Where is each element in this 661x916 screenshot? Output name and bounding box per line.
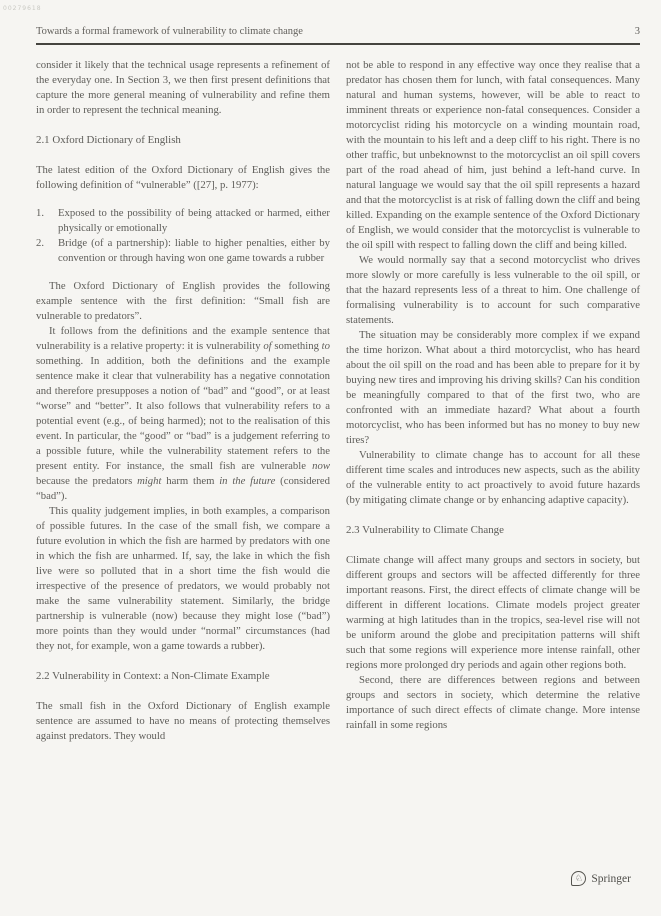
list-item-text: Bridge (of a partnership): liable to hig… bbox=[58, 236, 330, 266]
definition-list: 1. Exposed to the possibility of being a… bbox=[36, 206, 330, 266]
paragraph: consider it likely that the technical us… bbox=[36, 58, 330, 118]
paragraph: Climate change will affect many groups a… bbox=[346, 553, 640, 673]
paragraph: The small fish in the Oxford Dictionary … bbox=[36, 699, 330, 744]
list-item: 1. Exposed to the possibility of being a… bbox=[36, 206, 330, 236]
list-item-number: 2. bbox=[36, 236, 58, 266]
section-heading-2-3: 2.3 Vulnerability to Climate Change bbox=[346, 523, 640, 538]
paragraph: It follows from the definitions and the … bbox=[36, 324, 330, 504]
section-heading-2-2: 2.2 Vulnerability in Context: a Non-Clim… bbox=[36, 669, 330, 684]
right-column: not be able to respond in any effective … bbox=[346, 58, 640, 744]
section-heading-2-1: 2.1 Oxford Dictionary of English bbox=[36, 133, 330, 148]
paragraph: The latest edition of the Oxford Diction… bbox=[36, 163, 330, 193]
paragraph: This quality judgement implies, in both … bbox=[36, 504, 330, 654]
list-item-number: 1. bbox=[36, 206, 58, 236]
scan-corner-id: 00279618 bbox=[3, 5, 42, 12]
publisher-name: Springer bbox=[591, 873, 631, 885]
publisher-footer: ♘ Springer bbox=[571, 871, 631, 886]
page-number: 3 bbox=[635, 26, 640, 37]
paragraph: The Oxford Dictionary of English provide… bbox=[36, 279, 330, 324]
left-column: consider it likely that the technical us… bbox=[36, 58, 330, 744]
paragraph: We would normally say that a second moto… bbox=[346, 253, 640, 328]
paragraph: The situation may be considerably more c… bbox=[346, 328, 640, 448]
paragraph: not be able to respond in any effective … bbox=[346, 58, 640, 253]
list-item-text: Exposed to the possibility of being atta… bbox=[58, 206, 330, 236]
scanned-paper-page: 00279618 Towards a formal framework of v… bbox=[0, 0, 661, 916]
list-item: 2. Bridge (of a partnership): liable to … bbox=[36, 236, 330, 266]
two-column-body: consider it likely that the technical us… bbox=[36, 58, 640, 744]
page-header: Towards a formal framework of vulnerabil… bbox=[36, 26, 640, 45]
paragraph: Vulnerability to climate change has to a… bbox=[346, 448, 640, 508]
paragraph: Second, there are differences between re… bbox=[346, 673, 640, 733]
springer-horse-icon: ♘ bbox=[571, 871, 586, 886]
running-title: Towards a formal framework of vulnerabil… bbox=[36, 26, 303, 37]
